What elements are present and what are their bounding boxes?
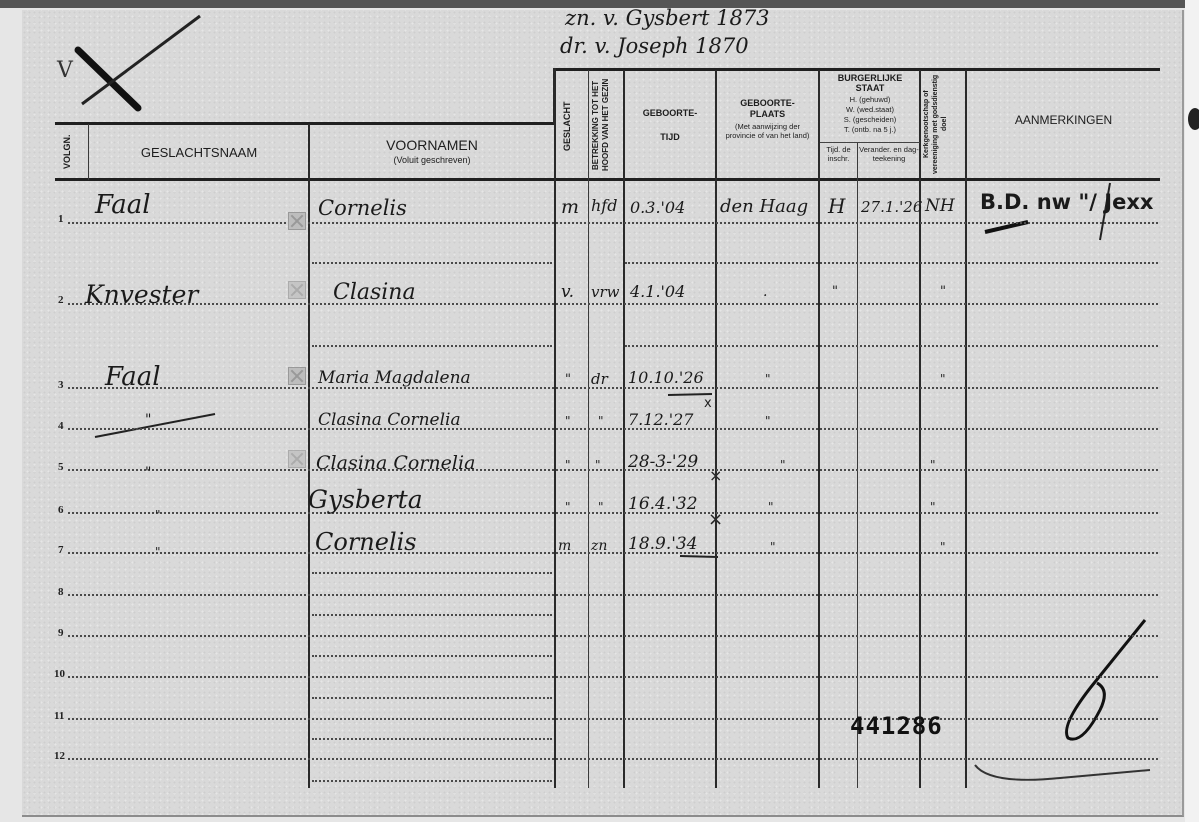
- cell-voornamen: Clasina Cornelia: [318, 410, 461, 430]
- cell-betrekking: zn: [591, 538, 607, 554]
- header-step-line: [553, 68, 556, 124]
- voornamen-sub-rule: [312, 780, 552, 782]
- row-number: 6: [58, 504, 64, 516]
- header-voornamen: VOORNAMEN: [310, 137, 554, 153]
- svg-text:x: x: [704, 396, 712, 411]
- cell-voornamen: Clasina: [333, 280, 416, 305]
- cell-geboortedatum: 0.3.'04: [630, 198, 685, 217]
- header-bs-s: S. (gescheiden): [820, 115, 920, 124]
- cell-bs-verandering: 27.1.'26: [861, 198, 922, 216]
- voornamen-sub-rule: [312, 738, 552, 740]
- voornamen-sub-rule: [312, 572, 552, 574]
- cell-geboortedatum: 4.1.'04: [630, 282, 685, 301]
- row-mid-rule: [625, 345, 1158, 347]
- cell-geboortedatum: 7.12.'27: [628, 410, 693, 429]
- cell-kerk: ": [940, 540, 946, 554]
- cell-geslacht: m: [561, 196, 579, 218]
- row-number: 2: [58, 294, 64, 306]
- cell-achternaam: ": [145, 465, 151, 481]
- cell-achternaam: ": [155, 508, 161, 522]
- header-bs-w: W. (wed.staat): [820, 105, 920, 114]
- row-rule-line: [68, 222, 1158, 224]
- row-rule-line: [68, 594, 1158, 596]
- header-geboortetijd-1: GEBOORTE-: [625, 108, 715, 118]
- voornamen-sub-rule: [312, 655, 552, 657]
- cell-voornamen: Cornelis: [318, 196, 407, 220]
- row-number: 9: [58, 627, 64, 639]
- cell-betrekking: dr: [591, 370, 608, 388]
- card-number: 441286: [850, 712, 943, 740]
- cell-achternaam: Knvester: [85, 280, 198, 309]
- table-top-border: [555, 68, 1160, 71]
- row-number: 12: [54, 750, 65, 762]
- header-geslachtsnaam: GESLACHTSNAAM: [90, 145, 308, 160]
- table-left-top-border: [55, 122, 555, 125]
- cell-voornamen: Gysberta: [308, 485, 423, 514]
- voornamen-sub-rule: [312, 345, 552, 347]
- col-line-bs-tijd: [857, 142, 858, 788]
- cell-betrekking: ": [598, 414, 604, 428]
- row-rule-line: [68, 552, 1158, 554]
- cell-geboorteplaats: ": [768, 500, 774, 514]
- cell-geboortedatum: 10.10.'26: [628, 368, 704, 387]
- cell-geboorteplaats: ": [780, 458, 786, 472]
- cell-geboorteplaats: ": [765, 372, 771, 386]
- header-burgerlijke-staat-1: BURGERLIJKE: [820, 73, 920, 83]
- header-geboorteplaats-sub: (Met aanwijzing der provincie of van het…: [719, 122, 816, 140]
- cell-voornamen: Maria Magdalena: [318, 368, 471, 388]
- header-voornamen-sub: (Voluit geschreven): [310, 155, 554, 165]
- row-number: 8: [58, 586, 64, 598]
- cell-achternaam: ": [155, 545, 161, 559]
- cell-achternaam: ": [145, 412, 151, 428]
- cell-geslacht: m: [558, 538, 571, 554]
- header-bs-t: T. (ontb. na 5 j.): [820, 125, 920, 134]
- header-bottom-border: [55, 178, 1160, 181]
- row-rule-line: [68, 512, 1158, 514]
- cell-geboorteplaats: ": [770, 540, 776, 554]
- cell-betrekking: ": [595, 458, 601, 472]
- row-rule-line: [68, 469, 1158, 471]
- voornamen-sub-rule: [312, 614, 552, 616]
- header-burgerlijke-staat-2: STAAT: [820, 83, 920, 93]
- stamp-mark: [288, 450, 306, 468]
- cell-geboorteplaats: ": [765, 414, 771, 428]
- cell-voornamen: Clasina Cornelia: [316, 452, 475, 474]
- row-mid-rule: [625, 262, 1158, 264]
- cell-kerk: ": [930, 500, 936, 514]
- header-betrekking: BETREKKING TOT HET HOOFD VAN HET GEZIN: [591, 74, 623, 176]
- cell-kerk: NH: [925, 196, 955, 216]
- col-line-volg: [88, 124, 89, 180]
- row-rule-line: [68, 303, 1158, 305]
- stamp-mark: [288, 367, 306, 385]
- row-rule-line: [68, 635, 1158, 637]
- cell-geboortedatum: 18.9.'34: [628, 534, 698, 554]
- stamp-mark: [288, 281, 306, 299]
- cell-achternaam: Faal: [105, 362, 161, 392]
- row-rule-line: [68, 428, 1158, 430]
- cell-geslacht: ": [565, 414, 571, 428]
- header-geboortetijd-2: TIJD: [625, 132, 715, 142]
- header-geslacht: GESLACHT: [562, 80, 572, 172]
- cell-geboorteplaats: .: [763, 284, 767, 300]
- row-number: 1: [58, 213, 64, 225]
- cell-voornamen: Cornelis: [315, 528, 417, 556]
- cell-geslacht: ": [565, 458, 571, 472]
- row-number: 5: [58, 461, 64, 473]
- bs-sub-divider: [820, 142, 920, 143]
- header-geboorteplaats-1: GEBOORTE-: [717, 98, 818, 108]
- row-rule-line: [68, 676, 1158, 678]
- cell-betrekking: ": [598, 500, 604, 514]
- cell-betrekking: hfd: [591, 196, 617, 215]
- row-number: 4: [58, 420, 64, 432]
- cell-geboortedatum: 28-3-'29: [628, 452, 698, 472]
- row-number: 11: [54, 710, 64, 722]
- cell-kerk: ": [930, 458, 936, 472]
- row-number: 7: [58, 544, 64, 556]
- row-number: 10: [54, 668, 65, 680]
- header-bs-verandering: Verander. en dag-teekening: [859, 145, 919, 163]
- voornamen-sub-rule: [312, 262, 552, 264]
- header-bs-tijd: Tijd. de inschr.: [820, 145, 857, 163]
- header-geboorteplaats-2: PLAATS: [717, 109, 818, 119]
- cell-aanmerkingen: B.D. nw "/ Jexx: [980, 190, 1153, 214]
- stamp-mark: [288, 212, 306, 230]
- cell-betrekking: vrw: [591, 283, 619, 301]
- cell-geboorteplaats: den Haag: [720, 196, 808, 217]
- cell-achternaam: Faal: [95, 190, 151, 220]
- cell-geslacht: ": [565, 372, 571, 387]
- header-aanmerkingen: AANMERKINGEN: [967, 113, 1160, 127]
- row-number: 3: [58, 379, 64, 391]
- row-rule-line: [68, 758, 1158, 760]
- cell-geboortedatum: 16.4.'32: [628, 494, 698, 514]
- row-rule-line: [68, 718, 1158, 720]
- voornamen-sub-rule: [312, 697, 552, 699]
- cell-geslacht: ": [565, 500, 571, 514]
- header-kerkgenootschap: Kerkgenootschap of vereeniging met godsd…: [922, 72, 964, 176]
- cell-geslacht: v.: [561, 282, 574, 302]
- cell-bs-tijd: H: [828, 194, 845, 218]
- cell-bs-tijd: ": [832, 284, 838, 299]
- cell-kerk: ": [940, 284, 946, 299]
- row-rule-line: [68, 387, 1158, 389]
- header-volgnummer: VOLGN.: [62, 130, 72, 174]
- header-bs-h: H. (gehuwd): [820, 95, 920, 104]
- cell-kerk: ": [940, 372, 946, 386]
